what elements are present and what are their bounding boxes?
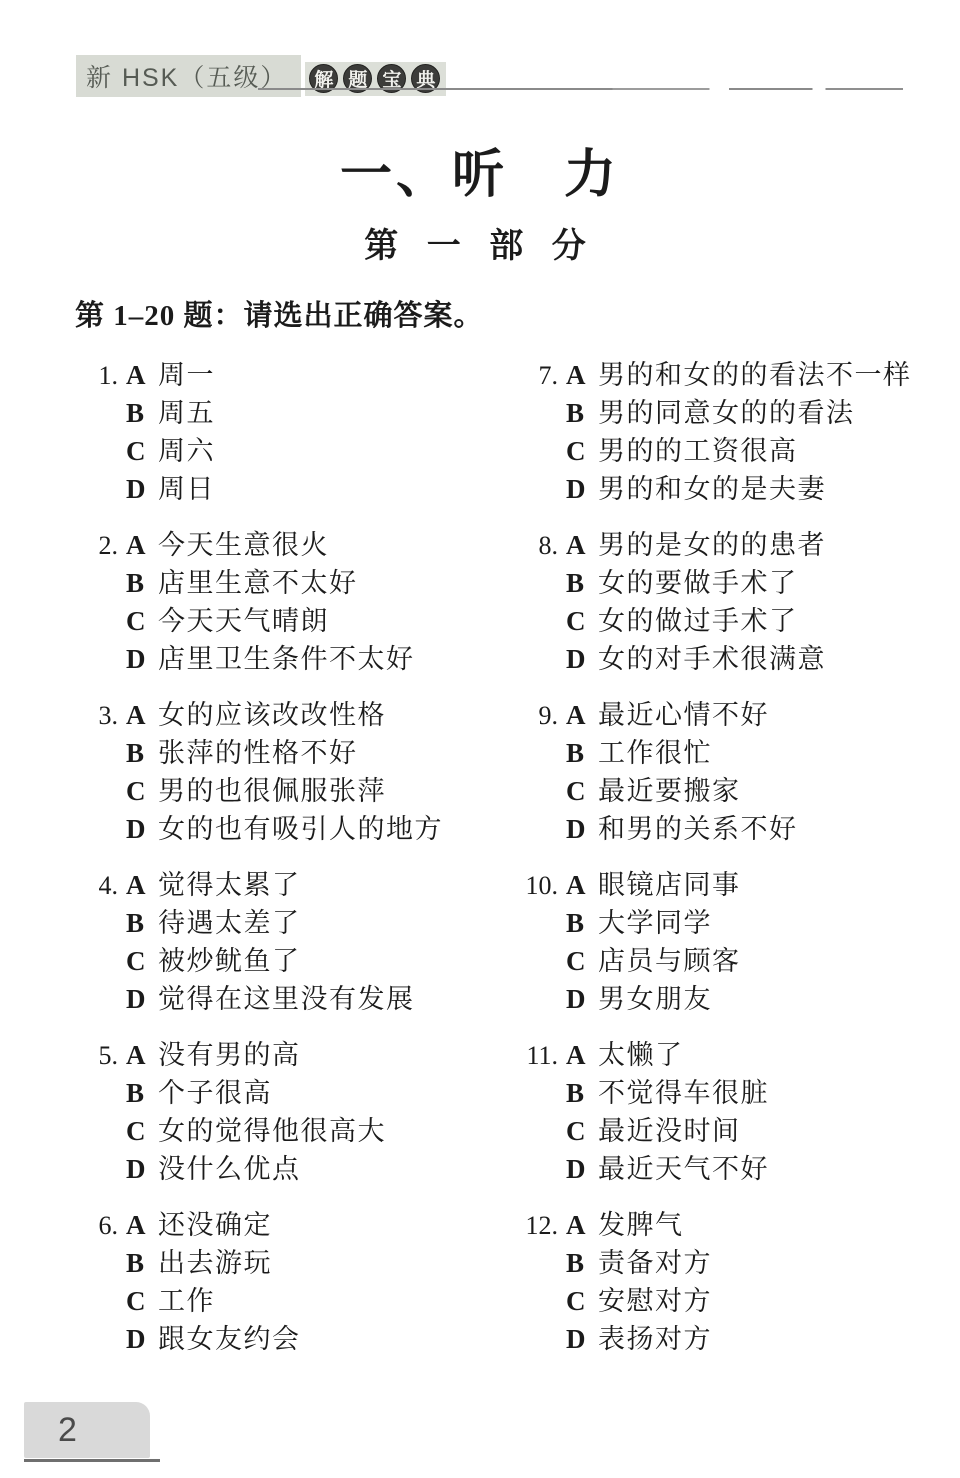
option-text: 觉得太累了 [158,866,301,904]
option-label: D [566,470,598,508]
option-label: A [126,866,158,904]
option-row: C店员与顾客 [510,942,950,980]
question-number: 8. [510,527,566,565]
option-text: 最近没时间 [598,1112,741,1150]
option-text: 男的同意女的的看法 [598,394,855,432]
option-text: 发脾气 [598,1206,684,1244]
option-text: 男的是女的的患者 [598,526,826,564]
question-11: 11.A太懒了 B不觉得车很脏 C最近没时间 D最近天气不好 [510,1036,950,1188]
option-label: B [566,1074,598,1112]
option-row: B男的同意女的的看法 [510,394,950,432]
option-text: 出去游玩 [158,1244,272,1282]
option-label: A [126,696,158,734]
question-6: 6.A还没确定 B出去游玩 C工作 D跟女友约会 [70,1206,490,1358]
option-label: B [566,1244,598,1282]
option-row: D男女朋友 [510,980,950,1018]
question-number: 1. [70,357,126,395]
option-label: C [126,1282,158,1320]
option-text: 最近要搬家 [598,772,741,810]
option-text: 责备对方 [598,1244,712,1282]
book-subtitle-badges: 解 题 宝 典 [305,62,446,96]
option-row: 2.A今天生意很火 [70,526,490,564]
option-label: D [566,980,598,1018]
option-text: 男女朋友 [598,980,712,1018]
option-label: D [126,1320,158,1358]
option-label: C [566,432,598,470]
option-row: B责备对方 [510,1244,950,1282]
page-number: 2 [58,1411,77,1450]
option-label: C [566,772,598,810]
option-label: D [126,470,158,508]
option-row: C周六 [70,432,490,470]
option-row: B张萍的性格不好 [70,734,490,772]
option-row: B出去游玩 [70,1244,490,1282]
option-text: 安慰对方 [598,1282,712,1320]
option-row: D没什么优点 [70,1150,490,1188]
header-divider [258,88,903,90]
option-label: B [126,1244,158,1282]
question-7: 7.A男的和女的的看法不一样 B男的同意女的的看法 C男的的工资很高 D男的和女… [510,356,950,508]
option-text: 店里生意不太好 [158,564,358,602]
option-row: C工作 [70,1282,490,1320]
option-label: C [126,1112,158,1150]
option-row: C被炒鱿鱼了 [70,942,490,980]
option-label: B [126,904,158,942]
question-number: 6. [70,1207,126,1245]
option-row: 5.A没有男的高 [70,1036,490,1074]
question-number: 12. [510,1207,566,1245]
question-number: 10. [510,867,566,905]
option-text: 表扬对方 [598,1320,712,1358]
option-label: A [566,1206,598,1244]
option-label: D [126,1150,158,1188]
option-row: C男的的工资很高 [510,432,950,470]
option-row: C女的做过手术了 [510,602,950,640]
option-row: D和男的关系不好 [510,810,950,848]
option-row: B个子很高 [70,1074,490,1112]
page-number-box: 2 [24,1402,150,1458]
option-text: 大学同学 [598,904,712,942]
option-text: 周六 [158,432,215,470]
option-row: 11.A太懒了 [510,1036,950,1074]
option-label: A [126,356,158,394]
question-4: 4.A觉得太累了 B待遇太差了 C被炒鱿鱼了 D觉得在这里没有发展 [70,866,490,1018]
option-text: 周一 [158,356,215,394]
option-label: B [566,564,598,602]
option-label: D [126,640,158,678]
option-row: 4.A觉得太累了 [70,866,490,904]
option-text: 觉得在这里没有发展 [158,980,415,1018]
question-number: 2. [70,527,126,565]
option-text: 女的要做手术了 [598,564,798,602]
option-label: B [126,734,158,772]
option-row: D觉得在这里没有发展 [70,980,490,1018]
option-row: 1.A周一 [70,356,490,394]
option-label: B [126,564,158,602]
option-text: 今天天气晴朗 [158,602,329,640]
option-text: 今天生意很火 [158,526,329,564]
option-label: A [126,1036,158,1074]
option-text: 男的和女的是夫妻 [598,470,826,508]
option-text: 店里卫生条件不太好 [158,640,415,678]
option-row: 10.A眼镜店同事 [510,866,950,904]
option-text: 张萍的性格不好 [158,734,358,772]
option-label: C [566,942,598,980]
option-label: B [126,394,158,432]
option-text: 被炒鱿鱼了 [158,942,301,980]
option-row: D表扬对方 [510,1320,950,1358]
option-text: 店员与顾客 [598,942,741,980]
option-label: B [126,1074,158,1112]
option-text: 女的觉得他很高大 [158,1112,386,1150]
option-label: A [566,696,598,734]
question-number: 4. [70,867,126,905]
option-label: A [566,866,598,904]
question-number: 7. [510,357,566,395]
option-text: 待遇太差了 [158,904,301,942]
option-row: D女的对手术很满意 [510,640,950,678]
option-row: B女的要做手术了 [510,564,950,602]
option-row: D周日 [70,470,490,508]
option-label: C [566,1282,598,1320]
section-subtitle: 第 一 部 分 [0,218,960,267]
question-2: 2.A今天生意很火 B店里生意不太好 C今天天气晴朗 D店里卫生条件不太好 [70,526,490,678]
option-text: 工作很忙 [598,734,712,772]
option-text: 和男的关系不好 [598,810,798,848]
option-label: B [566,734,598,772]
option-row: D最近天气不好 [510,1150,950,1188]
option-row: 3.A女的应该改改性格 [70,696,490,734]
option-text: 男的和女的的看法不一样 [598,356,912,394]
option-row: C最近没时间 [510,1112,950,1150]
option-row: 8.A男的是女的的患者 [510,526,950,564]
option-row: 9.A最近心情不好 [510,696,950,734]
page-number-divider [24,1459,160,1462]
option-text: 工作 [158,1282,215,1320]
instruction-text: 第 1–20 题：请选出正确答案。 [75,293,484,334]
question-area: 1.A周一 B周五 C周六 D周日 2.A今天生意很火 B店里生意不太好 C今天… [0,356,960,1376]
option-row: 6.A还没确定 [70,1206,490,1244]
option-text: 最近天气不好 [598,1150,769,1188]
section-title: 一、听 力 [0,132,960,207]
option-row: D男的和女的是夫妻 [510,470,950,508]
option-row: C安慰对方 [510,1282,950,1320]
question-8: 8.A男的是女的的患者 B女的要做手术了 C女的做过手术了 D女的对手术很满意 [510,526,950,678]
option-text: 周五 [158,394,215,432]
option-text: 男的也很佩服张萍 [158,772,386,810]
question-5: 5.A没有男的高 B个子很高 C女的觉得他很高大 D没什么优点 [70,1036,490,1188]
option-row: B店里生意不太好 [70,564,490,602]
book-logo: 新 HSK（五级） 解 题 宝 典 [76,55,446,97]
option-text: 个子很高 [158,1074,272,1112]
option-label: D [566,640,598,678]
option-label: B [566,904,598,942]
option-label: C [566,602,598,640]
option-row: D跟女友约会 [70,1320,490,1358]
question-9: 9.A最近心情不好 B工作很忙 C最近要搬家 D和男的关系不好 [510,696,950,848]
option-text: 没什么优点 [158,1150,301,1188]
option-row: 12.A发脾气 [510,1206,950,1244]
question-number: 5. [70,1037,126,1075]
option-text: 不觉得车很脏 [598,1074,769,1112]
option-row: B工作很忙 [510,734,950,772]
question-number: 11. [510,1037,566,1075]
option-row: B不觉得车很脏 [510,1074,950,1112]
option-label: C [566,1112,598,1150]
option-text: 女的也有吸引人的地方 [158,810,443,848]
option-label: D [566,810,598,848]
option-row: B周五 [70,394,490,432]
option-label: A [566,1036,598,1074]
option-text: 最近心情不好 [598,696,769,734]
question-column-right: 7.A男的和女的的看法不一样 B男的同意女的的看法 C男的的工资很高 D男的和女… [510,356,950,1376]
option-row: D店里卫生条件不太好 [70,640,490,678]
option-row: C今天天气晴朗 [70,602,490,640]
option-label: C [126,432,158,470]
option-text: 周日 [158,470,215,508]
option-row: B待遇太差了 [70,904,490,942]
option-text: 女的做过手术了 [598,602,798,640]
option-text: 还没确定 [158,1206,272,1244]
option-row: D女的也有吸引人的地方 [70,810,490,848]
option-text: 跟女友约会 [158,1320,301,1358]
option-label: C [126,772,158,810]
option-text: 女的应该改改性格 [158,696,386,734]
option-label: A [566,356,598,394]
question-column-left: 1.A周一 B周五 C周六 D周日 2.A今天生意很火 B店里生意不太好 C今天… [70,356,490,1376]
option-row: 7.A男的和女的的看法不一样 [510,356,950,394]
option-label: C [126,602,158,640]
option-text: 眼镜店同事 [598,866,741,904]
option-label: A [566,526,598,564]
option-text: 太懒了 [598,1036,684,1074]
option-text: 女的对手术很满意 [598,640,826,678]
option-text: 没有男的高 [158,1036,301,1074]
option-row: B大学同学 [510,904,950,942]
book-title: 新 HSK（五级） [76,55,301,97]
option-label: D [126,980,158,1018]
question-3: 3.A女的应该改改性格 B张萍的性格不好 C男的也很佩服张萍 D女的也有吸引人的… [70,696,490,848]
option-label: C [126,942,158,980]
option-label: D [126,810,158,848]
question-1: 1.A周一 B周五 C周六 D周日 [70,356,490,508]
option-text: 男的的工资很高 [598,432,798,470]
option-label: A [126,1206,158,1244]
question-12: 12.A发脾气 B责备对方 C安慰对方 D表扬对方 [510,1206,950,1358]
question-10: 10.A眼镜店同事 B大学同学 C店员与顾客 D男女朋友 [510,866,950,1018]
option-row: C女的觉得他很高大 [70,1112,490,1150]
option-label: A [126,526,158,564]
option-label: D [566,1320,598,1358]
option-row: C男的也很佩服张萍 [70,772,490,810]
question-number: 3. [70,697,126,735]
option-row: C最近要搬家 [510,772,950,810]
option-label: D [566,1150,598,1188]
option-label: B [566,394,598,432]
question-number: 9. [510,697,566,735]
